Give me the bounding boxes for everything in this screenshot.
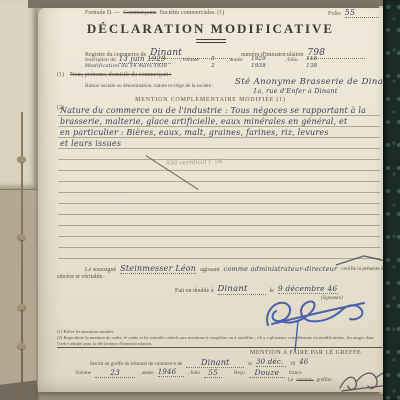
footnote-ref-1: (1) <box>57 72 64 78</box>
greffe-line-2: Volume 23 , année 1946 , folio 55 Reçu D… <box>75 369 302 378</box>
mention-line-4: et leurs issues <box>60 140 121 148</box>
greffe-annee-label: , année <box>139 369 154 376</box>
greffe-line-1: Inscrit au greffe du tribunal de commerc… <box>90 359 308 368</box>
volume-values: 5 2 <box>202 56 224 70</box>
thread-knot <box>17 342 27 349</box>
sincere-label: sincère et véritable. <box>57 274 104 280</box>
page-title: DÉCLARATION MODIFICATIVE <box>38 21 383 37</box>
formule-prefix: Formule D. — <box>85 10 120 16</box>
greffe-separator <box>57 347 383 348</box>
raison-label: Raison sociale ou dénomination, nature e… <box>85 84 214 89</box>
folio-label: Folio <box>328 9 341 17</box>
photo-top-edge <box>28 0 384 8</box>
greffe-le-label: le <box>248 359 252 367</box>
footnote-2: (2) Reproduire la mention du cadre, le c… <box>57 335 385 346</box>
francs-label: francs <box>289 369 302 376</box>
fait-place: Dinant <box>218 285 266 295</box>
inscrit-label: Inscrit au greffe du tribunal de commerc… <box>90 359 182 367</box>
recu-label: Reçu <box>234 369 245 376</box>
signer-struck: commis- <box>296 378 314 383</box>
folio-col-label: , folio <box>285 56 298 64</box>
formule-struck-word: Commerçants <box>123 10 156 16</box>
signer-le: Le <box>288 378 293 383</box>
greffe-volume-label: Volume <box>75 369 91 376</box>
modification-note: Modification du 14 mars 1938 <box>85 64 167 69</box>
ledger-photo: Formule D. — Commerçants Sociétés commer… <box>0 0 400 400</box>
year-printed: 19 <box>290 359 295 367</box>
page-bottom-edge <box>30 392 384 400</box>
greffe-annee: 1946 <box>158 369 184 377</box>
formule-line: Formule D. — Commerçants Sociétés commer… <box>85 10 224 16</box>
greffe-folio-label: , folio <box>188 369 200 376</box>
annee-1929: 1929 <box>246 56 272 63</box>
mention-header: MENTION COMPLÉMENTAIRE MODIFIÉE (1) <box>38 97 383 103</box>
greffe-day-month: 30 déc. <box>256 359 286 367</box>
folio-field: Folio 55 <box>328 9 379 18</box>
folio-118: 118 <box>301 56 323 63</box>
raison-address: 1a, rue d'Enfer à Dinant <box>253 88 338 95</box>
soussigne-label: Le soussigné <box>85 265 116 273</box>
greffe-volume: 23 <box>95 369 135 378</box>
year-hand: 46 <box>299 359 308 366</box>
agissant-label: agissant <box>200 265 219 273</box>
declaration-line: Le soussigné Steinmesser Léon agissant c… <box>85 265 400 274</box>
commercant-label-struck: Nom, prénoms, domicile du commerçant : <box>70 72 171 78</box>
thread-knot <box>16 303 26 311</box>
mention-line-2: brasserie, malterie, glace artificielle,… <box>60 118 347 126</box>
quality-hand: comme administrateur-directeur <box>224 265 338 273</box>
photo-corner-shadow <box>0 380 39 400</box>
greffier-line: Le commis- greffier, <box>288 378 333 383</box>
book-cover <box>383 0 400 400</box>
folio-138: 138 <box>301 63 323 70</box>
declaration-form-page: Formule D. — Commerçants Sociétés commer… <box>38 8 383 392</box>
thread-knot <box>16 233 26 241</box>
annee-1938: 1938 <box>246 63 272 70</box>
struck-line: (1) Nom, prénoms, domicile du commerçant… <box>57 72 171 78</box>
formule-suffix: Sociétés commerciales. (1) <box>160 10 225 16</box>
title-underline <box>196 39 226 43</box>
footnote-1: (1) Biffer les mentions inutiles. <box>57 330 114 335</box>
folio-values: 118 138 <box>301 56 323 70</box>
greffe-header: MENTION A FAIRE PAR LE GREFFE. <box>250 350 363 356</box>
declarant-name: Steinmesser Léon <box>120 265 196 274</box>
volume-1929: 5 <box>202 56 224 63</box>
recu-amount: Douze <box>249 369 285 378</box>
greffe-folio: 55 <box>204 369 222 378</box>
volume-1938: 2 <box>202 63 224 70</box>
mention-line-3: en particulier : Bières, eaux, malt, gra… <box>60 129 329 137</box>
volume-label: , volume <box>180 56 199 64</box>
signer-greffier: greffier, <box>317 378 333 383</box>
mention-line-1: Nature du commerce ou de l'industrie : T… <box>60 107 366 115</box>
raison-value: Sté Anonyme Brasserie de Dinant <box>235 78 393 87</box>
annee-values: 1929 1938 <box>246 56 272 70</box>
thread-knot <box>17 156 26 162</box>
annee-label: , année <box>227 56 243 64</box>
greffe-place: Dinant <box>186 359 244 368</box>
fait-label: Fait en double à <box>175 285 214 294</box>
folio-value: 55 <box>345 9 379 18</box>
